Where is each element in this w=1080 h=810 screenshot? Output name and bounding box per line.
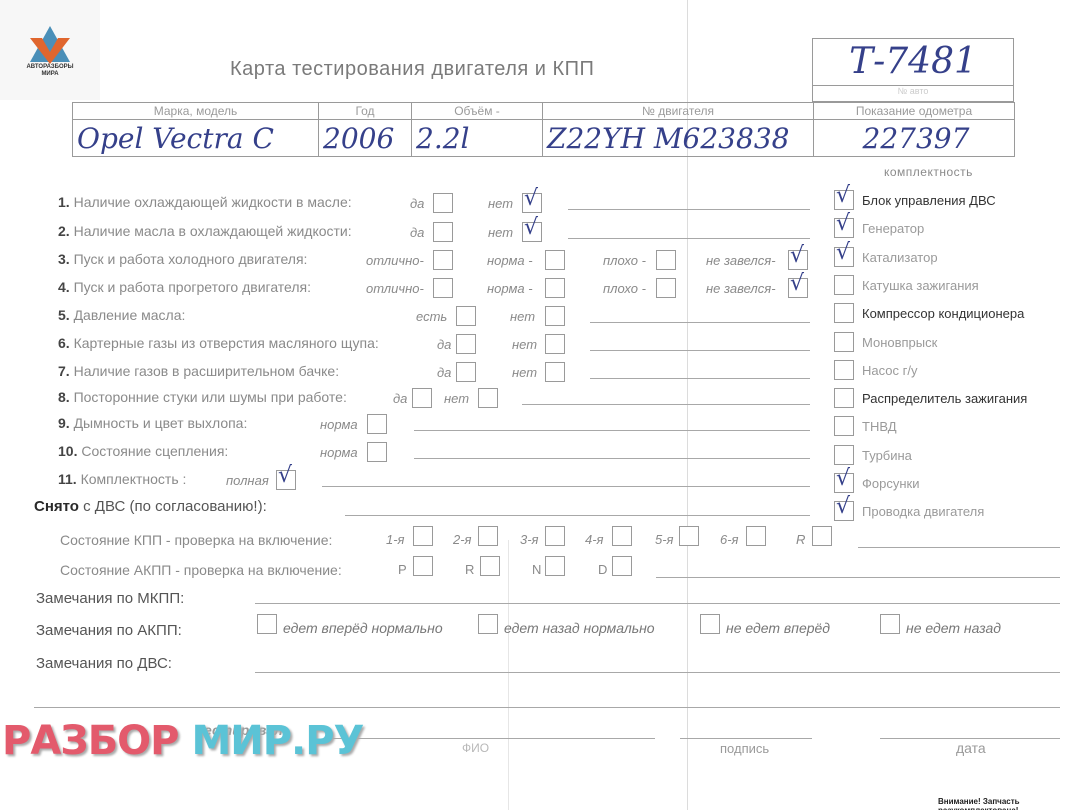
value-volume[interactable]: 2.2l [412,120,543,157]
checkbox-3-3[interactable] [656,250,676,270]
notes-line[interactable] [568,238,810,239]
akpp-option-label: едет вперёд нормально [283,620,443,636]
komplekt-checkbox[interactable] [834,445,854,465]
check-mark-icon: √ [790,247,804,265]
gear-label: D [598,562,607,577]
akpp-option-label: не едет назад [906,620,1001,636]
vehicle-number-box: Т-7481 № авто [812,38,1014,102]
kpp-gear-checkbox[interactable] [545,526,565,546]
fio-line[interactable] [325,738,655,739]
logo-text-line1: АВТОРАЗБОРЫ [0,64,100,71]
paper-fold-line [508,540,509,810]
kpp-gear-checkbox[interactable] [612,526,632,546]
akpp-option-checkbox[interactable] [880,614,900,634]
akpp-gear-checkbox[interactable] [612,556,632,576]
komplekt-checkbox[interactable] [834,388,854,408]
remarks-akpp-label: Замечания по АКПП: [36,622,182,639]
check-number: 11. [58,471,77,487]
col-volume: Объём - [412,103,543,120]
remarks-mkpp-label: Замечания по МКПП: [36,590,184,607]
komplekt-item-label: Катализатор [862,250,938,265]
option-label: нет [510,309,535,324]
signature-caption: подпись [720,741,769,756]
vehicle-number-caption: № авто [812,86,1014,102]
option-label: норма [320,417,358,432]
value-year[interactable]: 2006 [319,120,412,157]
akpp-gear-checkbox[interactable] [413,556,433,576]
check-number: 8. [58,389,70,405]
check-row-5: 5. Давление масла: [58,307,185,323]
checkbox-4-3[interactable] [656,278,676,298]
option-label: да [437,337,451,352]
check-number: 10. [58,443,77,459]
akpp-line[interactable] [656,577,1060,578]
check-number: 6. [58,335,70,351]
notes-line[interactable] [568,209,810,210]
option-label: нет [444,391,469,406]
checkbox-7-2[interactable] [545,362,565,382]
kpp-gear-checkbox[interactable] [413,526,433,546]
checkbox-3-2[interactable] [545,250,565,270]
value-model[interactable]: Opel Vectra C [73,120,319,157]
watermark-logo: РАЗБОР МИР.РУ [2,718,363,764]
gear-label: P [398,562,407,577]
option-label: нет [512,365,537,380]
option-label: плохо - [603,253,646,268]
komplekt-checkbox[interactable] [834,332,854,352]
checkbox-10-1[interactable] [367,442,387,462]
checkbox-1-1[interactable] [433,193,453,213]
logo-text-line2: МИРА [0,71,100,78]
option-label: полная [226,473,269,488]
checkbox-4-4[interactable]: √ [788,278,808,298]
option-label: да [410,196,424,211]
col-model: Марка, модель [73,103,319,120]
gear-label: 1-я [386,532,405,547]
remarks-mkpp-line[interactable] [255,603,1060,604]
kpp-gear-checkbox[interactable] [746,526,766,546]
col-odometer: Показание одометра [814,103,1015,120]
checkbox-2-2[interactable]: √ [522,222,542,242]
col-engine-number: № двигателя [543,103,814,120]
komplekt-checkbox[interactable] [834,275,854,295]
check-number: 3. [58,251,70,267]
check-row-1: 1. Наличие охлаждающей жидкости в масле: [58,194,352,210]
check-number: 9. [58,415,70,431]
check-row-7: 7. Наличие газов в расширительном бачке: [58,363,339,379]
check-number: 1. [58,194,70,210]
check-mark-icon: √ [836,215,850,233]
gear-label: N [532,562,541,577]
akpp-gear-checkbox[interactable] [480,556,500,576]
komplekt-checkbox[interactable]: √ [834,501,854,521]
remarks-dvs-label: Замечания по ДВС: [36,655,172,672]
akpp-option-label: едет назад нормально [504,620,655,636]
komplekt-checkbox[interactable]: √ [834,190,854,210]
kpp-gear-checkbox[interactable] [812,526,832,546]
notes-line[interactable] [590,350,810,351]
checkbox-7-1[interactable] [456,362,476,382]
checkbox-3-1[interactable] [433,250,453,270]
checkbox-4-2[interactable] [545,278,565,298]
komplekt-item-label: Генератор [862,221,924,236]
komplekt-heading: комплектность [884,165,973,179]
kpp-gear-checkbox[interactable] [478,526,498,546]
check-row-8: 8. Посторонние стуки или шумы при работе… [58,389,347,405]
komplekt-item-label: Распределитель зажигания [862,391,1027,406]
komplekt-item-label: Моновпрыск [862,335,937,350]
check-row-9: 9. Дымность и цвет выхлопа: [58,415,247,431]
komplekt-checkbox[interactable]: √ [834,473,854,493]
checkbox-5-2[interactable] [545,306,565,326]
check-mark-icon: √ [790,275,804,293]
komplekt-item-label: Насос г/у [862,363,917,378]
value-engine-number[interactable]: Z22YH M623838 [543,120,814,157]
option-label: да [393,391,407,406]
komplekt-item-label: Блок управления ДВС [862,193,996,208]
check-row-6: 6. Картерные газы из отверстия масляного… [58,335,379,351]
check-mark-icon: √ [836,244,850,262]
removed-label: СнятоСнято с ДВС (по согласованию!): с Д… [34,498,267,515]
check-row-3: 3. Пуск и работа холодного двигателя: [58,251,307,267]
check-row-2: 2. Наличие масла в охлаждающей жидкости: [58,223,352,239]
option-label: не завелся- [706,281,776,296]
check-row-10: 10. Состояние сцепления: [58,443,228,459]
gear-label: 3-я [520,532,539,547]
akpp-option-checkbox[interactable] [700,614,720,634]
option-label: норма - [487,281,533,296]
option-label: нет [512,337,537,352]
kpp-label: Состояние КПП - проверка на включение: [60,532,332,548]
notes-line[interactable] [414,458,810,459]
checkbox-8-2[interactable] [478,388,498,408]
check-number: 4. [58,279,70,295]
gear-label: 2-я [453,532,472,547]
check-mark-icon: √ [524,190,538,208]
komplekt-checkbox[interactable] [834,303,854,323]
option-label: да [410,225,424,240]
checkbox-4-1[interactable] [433,278,453,298]
watermark-part2: МИР.РУ [191,718,363,764]
option-label: норма [320,445,358,460]
akpp-gear-checkbox[interactable] [545,556,565,576]
form-title: Карта тестирования двигателя и КПП [230,58,594,81]
gear-label: R [796,532,805,547]
remarks-dvs-line[interactable] [255,672,1060,673]
checkbox-3-4[interactable]: √ [788,250,808,270]
check-number: 5. [58,307,70,323]
komplekt-item-label: Форсунки [862,476,919,491]
akpp-option-checkbox[interactable] [478,614,498,634]
akpp-option-checkbox[interactable] [257,614,277,634]
check-row-4: 4. Пуск и работа прогретого двигателя: [58,279,311,295]
checkbox-8-1[interactable] [412,388,432,408]
checkbox-11-1[interactable]: √ [276,470,296,490]
checkbox-6-2[interactable] [545,334,565,354]
option-label: отлично- [366,281,424,296]
fio-caption: ФИО [462,741,489,755]
notes-line[interactable] [414,430,810,431]
value-odometer[interactable]: 227397 [814,120,1015,157]
komplekt-item-label: ТНВД [862,419,897,434]
signature-line[interactable] [680,738,812,739]
removed-line[interactable] [345,515,810,516]
option-label: есть [416,309,447,324]
logo-icon [28,24,72,64]
kpp-gear-checkbox[interactable] [679,526,699,546]
warning-note: Внимание! Запчасть разукомплектована! [938,797,1080,810]
gear-label: 4-я [585,532,604,547]
check-mark-icon: √ [836,498,850,516]
option-label: да [437,365,451,380]
akpp-label: Состояние АКПП - проверка на включение: [60,562,342,578]
watermark-part1: РАЗБОР [2,718,179,764]
komplekt-item-label: Катушка зажигания [862,278,979,293]
notes-line[interactable] [322,486,810,487]
check-row-11: 11. Комплектность : [58,471,186,487]
date-caption: дата [956,740,986,756]
komplekt-item-label: Проводка двигателя [862,504,984,519]
option-label: не завелся- [706,253,776,268]
checkbox-2-1[interactable] [433,222,453,242]
gear-label: 5-я [655,532,674,547]
date-line[interactable] [880,738,1060,739]
checkbox-6-1[interactable] [456,334,476,354]
check-number: 7. [58,363,70,379]
checkbox-5-1[interactable] [456,306,476,326]
option-label: отлично- [366,253,424,268]
brand-logo: АВТОРАЗБОРЫ МИРА [0,0,100,100]
gear-label: R [465,562,474,577]
kpp-line[interactable] [858,547,1060,548]
checkbox-9-1[interactable] [367,414,387,434]
checkbox-1-2[interactable]: √ [522,193,542,213]
option-label: норма - [487,253,533,268]
option-label: плохо - [603,281,646,296]
option-label: нет [488,196,513,211]
check-mark-icon: √ [524,219,538,237]
option-label: нет [488,225,513,240]
remarks-dvs-line-2[interactable] [34,707,1060,708]
komplekt-checkbox[interactable] [834,360,854,380]
check-mark-icon: √ [278,467,292,485]
notes-line[interactable] [590,378,810,379]
komplekt-checkbox[interactable]: √ [834,247,854,267]
gear-label: 6-я [720,532,739,547]
komplekt-checkbox[interactable]: √ [834,218,854,238]
check-mark-icon: √ [836,187,850,205]
akpp-option-label: не едет вперёд [726,620,830,636]
notes-line[interactable] [590,322,810,323]
check-mark-icon: √ [836,470,850,488]
vehicle-number: Т-7481 [812,38,1014,86]
col-year: Год [319,103,412,120]
komplekt-item-label: Компрессор кондиционера [862,306,1024,321]
notes-line[interactable] [522,404,810,405]
check-number: 2. [58,223,70,239]
komplekt-item-label: Турбина [862,448,912,463]
komplekt-checkbox[interactable] [834,416,854,436]
vehicle-info-table: Марка, модель Год Объём - № двигателя По… [72,102,1015,157]
